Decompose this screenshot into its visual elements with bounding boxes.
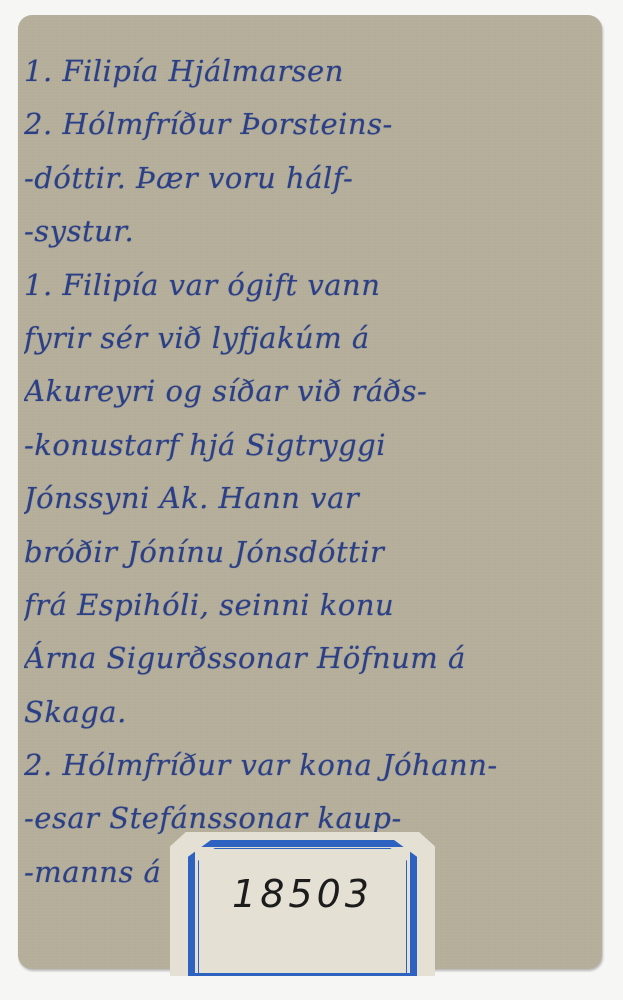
catalog-label: 18503 — [170, 832, 435, 976]
handwritten-note: 1. Filipía Hjálmarsen 2. Hólmfríður Þors… — [24, 45, 599, 899]
note-line: 1. Filipía var ógift vann — [24, 259, 599, 312]
note-line: Akureyri og síðar við ráðs- — [24, 365, 599, 418]
note-line: -konustarf hjá Sigtryggi — [24, 419, 599, 472]
catalog-number: 18503 — [170, 872, 435, 916]
note-line: Árna Sigurðssonar Höfnum á — [24, 632, 599, 685]
note-line: Skaga. — [24, 686, 599, 739]
photo-card-back: 1. Filipía Hjálmarsen 2. Hólmfríður Þors… — [18, 15, 602, 969]
note-line: fyrir sér við lyfjakúm á — [24, 312, 599, 365]
note-line: 2. Hólmfríður var kona Jóhann- — [24, 739, 599, 792]
note-line: Jónssyni Ak. Hann var — [24, 472, 599, 525]
note-line: 2. Hólmfríður Þorsteins- — [24, 98, 599, 151]
note-line: bróðir Jónínu Jónsdóttir — [24, 526, 599, 579]
note-line: frá Espihóli, seinni konu — [24, 579, 599, 632]
note-line: -systur. — [24, 205, 599, 258]
note-line: -dóttir. Þær voru hálf- — [24, 152, 599, 205]
note-line: 1. Filipía Hjálmarsen — [24, 45, 599, 98]
